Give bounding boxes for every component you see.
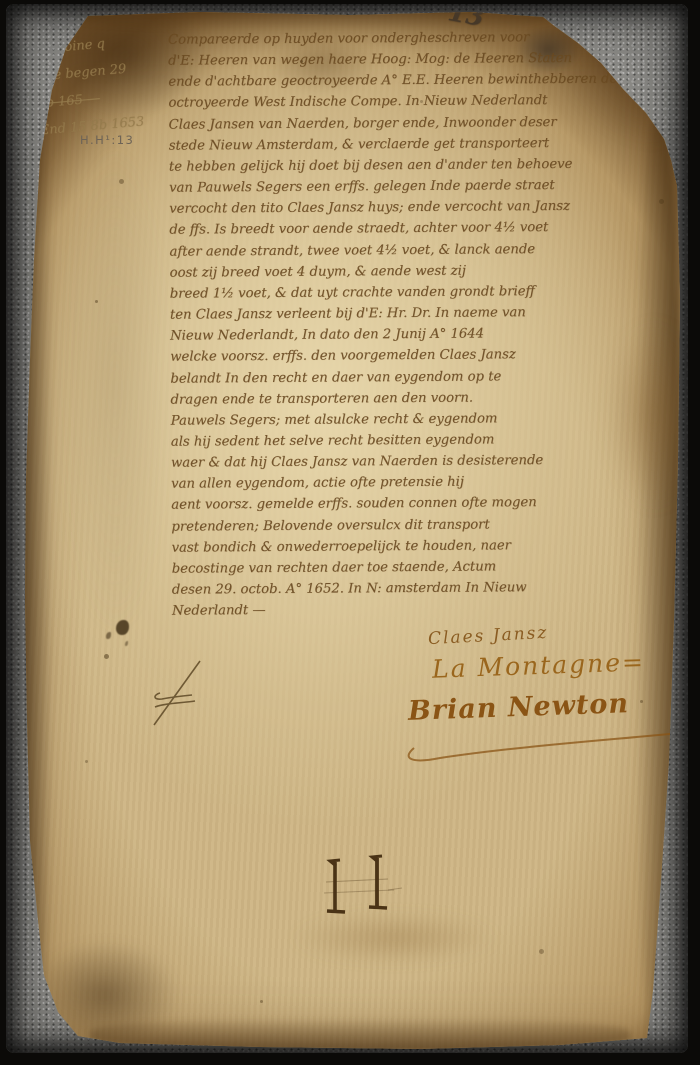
archival-mark: H.H¹:13 [80,133,134,147]
pen-tally-mark [306,852,406,924]
manuscript-line: ende d'achtbare geoctroyeerde A° E.E. He… [168,69,648,94]
manuscript-text: Compareerde op huyden voor ondergheschre… [168,26,652,622]
ink-bleedthrough-left [60,150,170,630]
signature-brian-newton: Brian Newton [408,688,630,727]
smudge-bottom-center [290,912,500,964]
pen-cross-mark [138,655,210,733]
manuscript-photo: Bergoine q sele begen 29 8b 165 — End 15… [0,0,700,1065]
signature-la-montagne: La Montagne= [432,647,646,683]
signature-claes-jansz: Claes Jansz [428,623,549,649]
parchment-sheet: Bergoine q sele begen 29 8b 165 — End 15… [0,0,700,1065]
ink-blot [116,620,129,635]
manuscript-line: Nederlandt — [172,598,652,623]
